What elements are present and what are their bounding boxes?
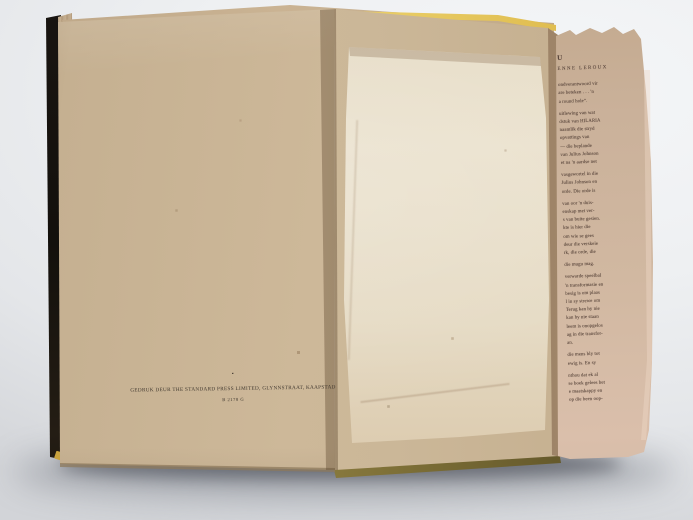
photo-open-book: ▪ GEDRUK DEUR THE STANDARD PRESS LIMITED… — [0, 0, 693, 520]
flap-blurb-text: U ENNE LEROUX ondverantwoord virare bete… — [557, 51, 662, 406]
foxing-specks — [0, 0, 1, 1]
imprint-line-1: GEDRUK DEUR THE STANDARD PRESS LIMITED, … — [118, 384, 348, 394]
printer-imprint: ▪ GEDRUK DEUR THE STANDARD PRESS LIMITED… — [118, 370, 348, 404]
flap-author-fragment: ENNE LEROUX — [557, 63, 650, 74]
flap-lines: ondverantwoord virare beteken . . . 'na … — [558, 79, 662, 405]
